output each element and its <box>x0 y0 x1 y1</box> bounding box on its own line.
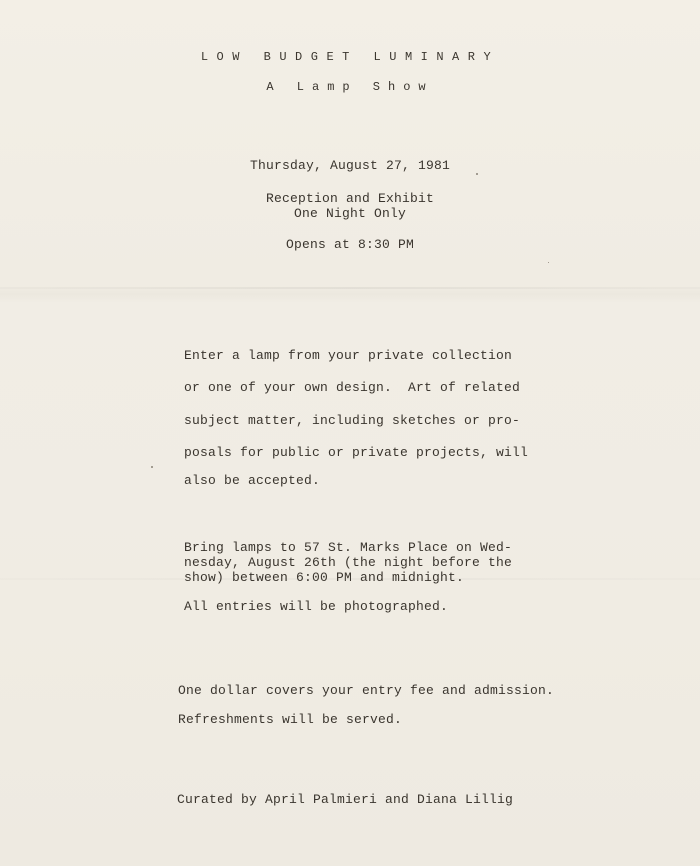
paragraph-line: Enter a lamp from your private collectio… <box>184 348 512 363</box>
flyer-page: LOW BUDGET LUMINARY A Lamp Show Thursday… <box>0 0 700 866</box>
paragraph-line: also be accepted. <box>184 473 320 488</box>
refreshments-line: Refreshments will be served. <box>178 712 402 727</box>
paper-fold <box>0 287 700 289</box>
paper-speck <box>151 466 153 468</box>
curator-credit: Curated by April Palmieri and Diana Lill… <box>177 792 513 807</box>
event-date: Thursday, August 27, 1981 <box>0 158 700 173</box>
flyer-subtitle: A Lamp Show <box>0 80 700 94</box>
event-opening-time: Opens at 8:30 PM <box>0 237 700 252</box>
paper-speck <box>476 173 478 175</box>
paragraph-line: nesday, August 26th (the night before th… <box>184 555 512 570</box>
event-type: Reception and Exhibit <box>0 191 700 206</box>
paragraph-line: Bring lamps to 57 St. Marks Place on Wed… <box>184 540 512 555</box>
event-duration: One Night Only <box>0 206 700 221</box>
paragraph-line: or one of your own design. Art of relate… <box>184 380 520 395</box>
photo-note: All entries will be photographed. <box>184 599 448 614</box>
paper-speck <box>548 262 549 263</box>
paragraph-line: show) between 6:00 PM and midnight. <box>184 570 464 585</box>
paragraph-line: subject matter, including sketches or pr… <box>184 413 520 428</box>
paragraph-line: posals for public or private projects, w… <box>184 445 528 460</box>
flyer-title: LOW BUDGET LUMINARY <box>0 50 700 64</box>
fee-line: One dollar covers your entry fee and adm… <box>178 683 554 698</box>
